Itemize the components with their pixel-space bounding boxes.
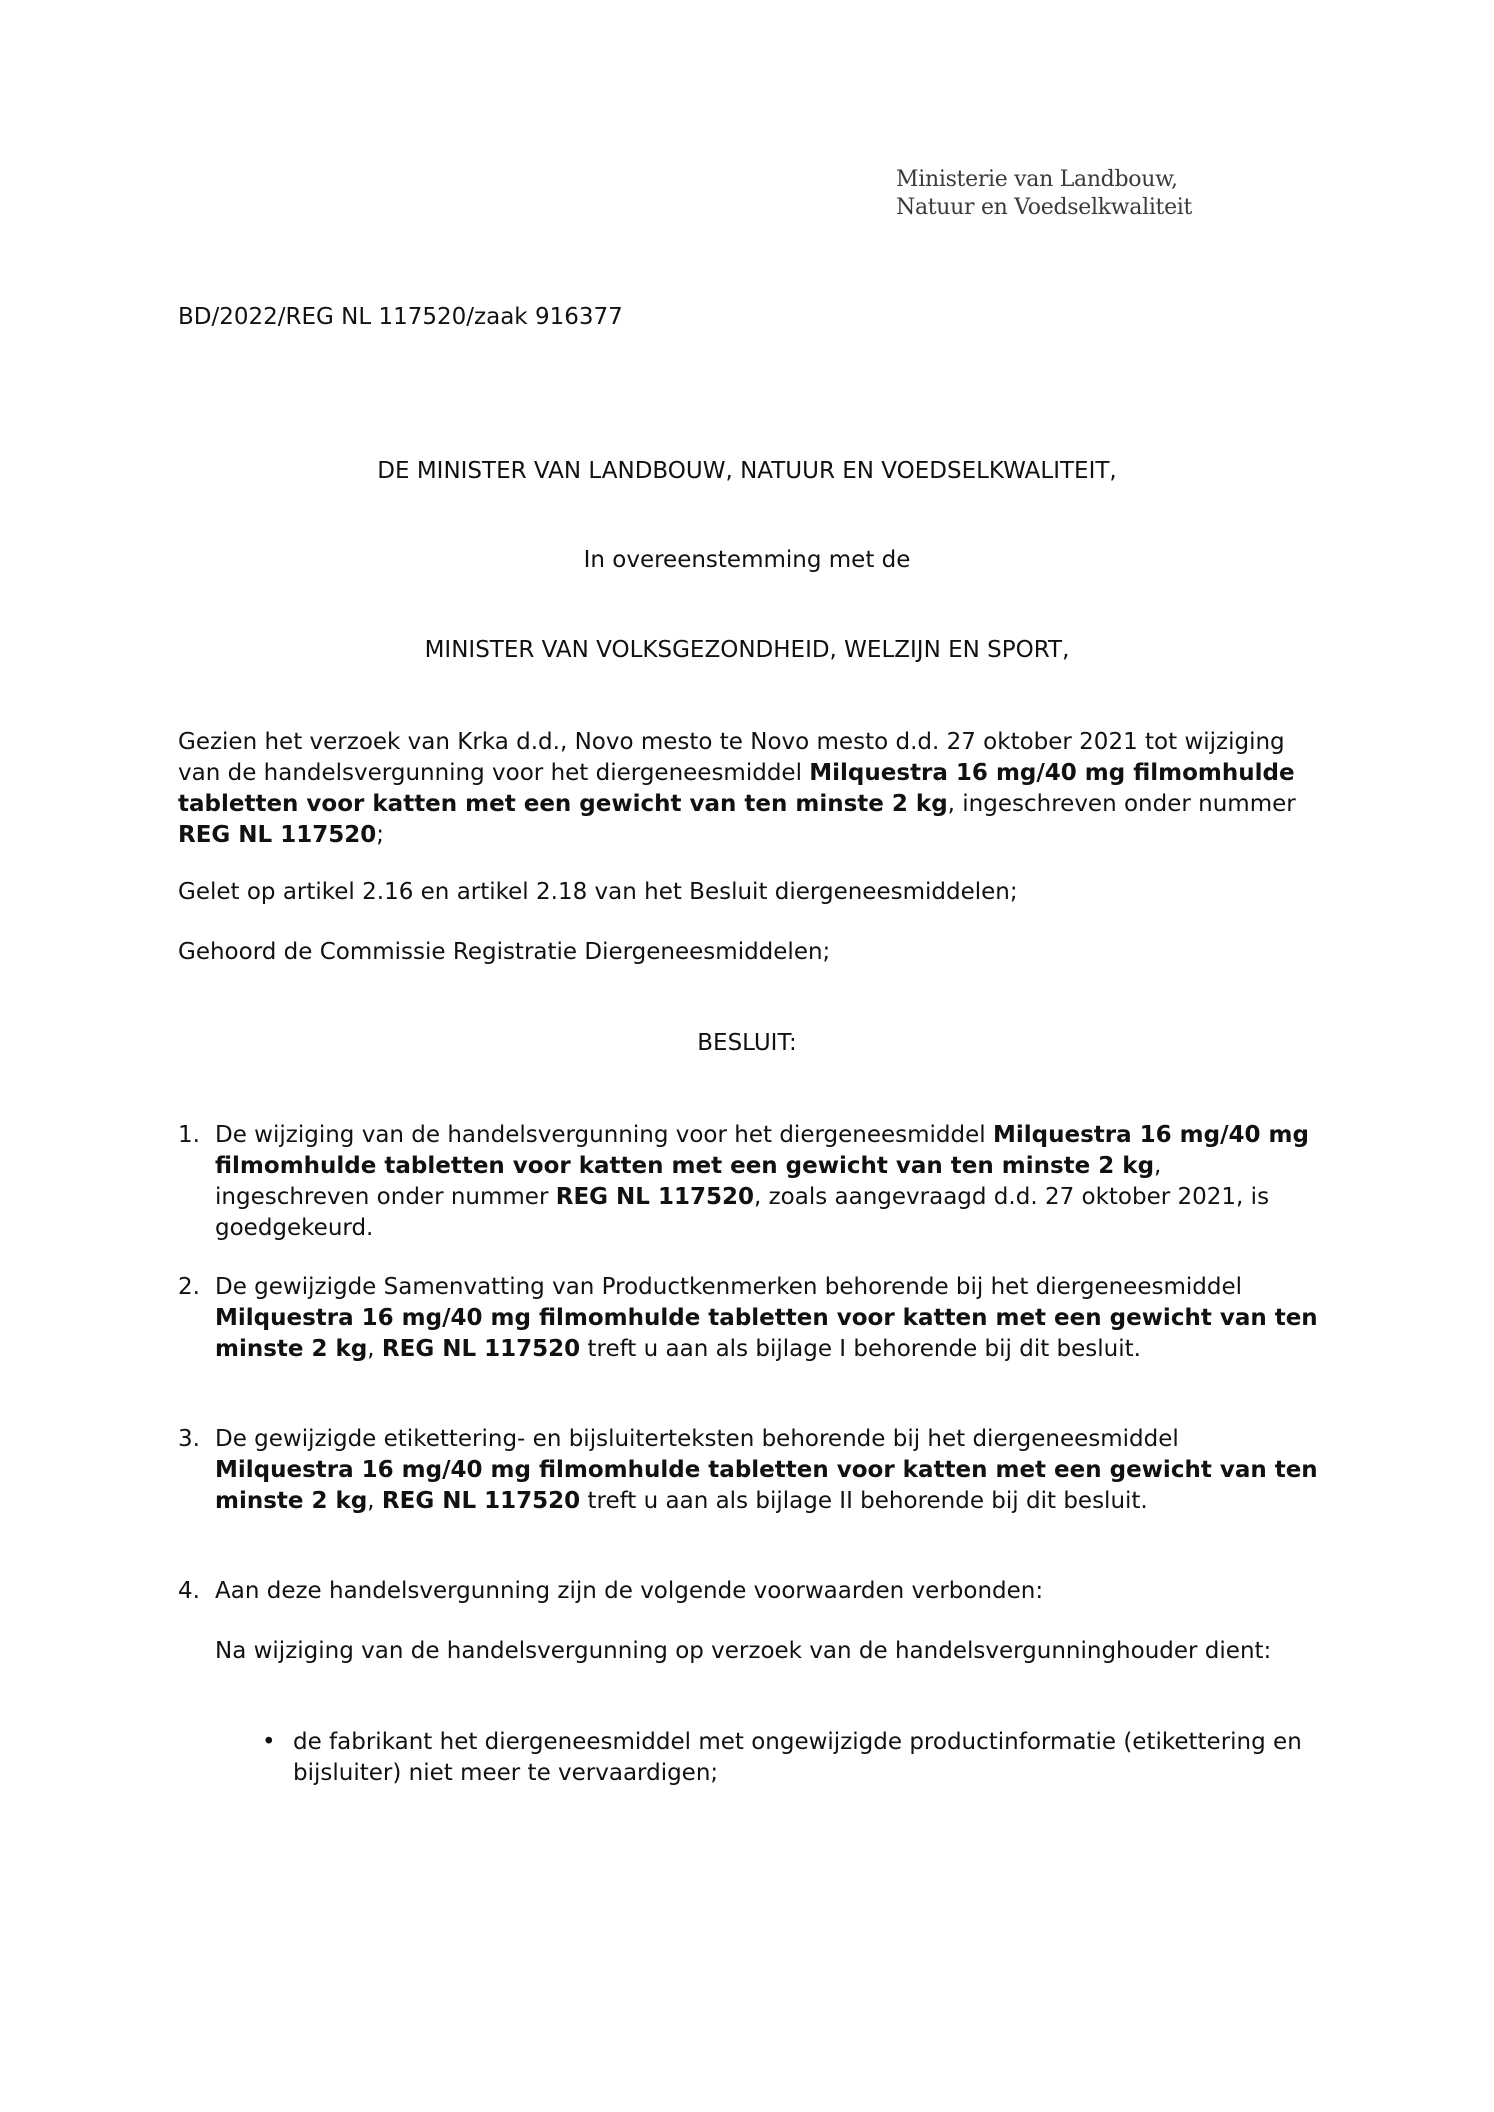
decision-item-3: 3. De gewijzigde etikettering- en bijslu…: [178, 1424, 1318, 1517]
decision-list-2: 2. De gewijzigde Samenvatting van Produc…: [178, 1272, 1318, 1365]
heading-minister-vws: MINISTER VAN VOLKSGEZONDHEID, WELZIJN EN…: [0, 635, 1494, 666]
decision-item-2: 2. De gewijzigde Samenvatting van Produc…: [178, 1272, 1318, 1365]
logo-line-1: Ministerie van Landbouw,: [896, 166, 1192, 194]
condition-bullet-1: • de fabrikant het diergeneesmiddel met …: [178, 1727, 1318, 1789]
condition-intro: Na wijziging van de handelsvergunning op…: [178, 1636, 1318, 1667]
consideration-gezien: Gezien het verzoek van Krka d.d., Novo m…: [178, 727, 1318, 851]
registration-number: REG NL 117520: [556, 1184, 754, 1210]
reference-number: BD/2022/REG NL 117520/zaak 916377: [178, 302, 623, 333]
heading-agreement: In overeenstemming met de: [0, 545, 1494, 576]
decision-item-4: 4. Aan deze handelsvergunning zijn de vo…: [178, 1576, 1318, 1607]
registration-number: REG NL 117520: [382, 1488, 580, 1514]
registration-number: REG NL 117520: [178, 822, 376, 848]
consideration-gelet: Gelet op artikel 2.16 en artikel 2.18 va…: [178, 877, 1318, 908]
item-number: 4.: [178, 1576, 200, 1607]
item-number: 2.: [178, 1272, 200, 1303]
logo-line-2: Natuur en Voedselkwaliteit: [896, 194, 1192, 222]
condition-bullets: • de fabrikant het diergeneesmiddel met …: [178, 1727, 1318, 1789]
decision-item-1: 1. De wijziging van de handelsvergunning…: [178, 1120, 1318, 1244]
decision-list-3: 3. De gewijzigde etikettering- en bijslu…: [178, 1424, 1318, 1517]
item-number: 3.: [178, 1424, 200, 1455]
ministry-logo: Ministerie van Landbouw, Natuur en Voeds…: [896, 166, 1192, 222]
bullet-icon: •: [262, 1727, 276, 1758]
heading-besluit: BESLUIT:: [0, 1028, 1494, 1059]
decision-list-4: 4. Aan deze handelsvergunning zijn de vo…: [178, 1576, 1318, 1607]
item-number: 1.: [178, 1120, 200, 1151]
registration-number: REG NL 117520: [382, 1336, 580, 1362]
heading-minister-lnv: DE MINISTER VAN LANDBOUW, NATUUR EN VOED…: [0, 456, 1494, 487]
consideration-gehoord: Gehoord de Commissie Registratie Diergen…: [178, 937, 1318, 968]
decision-list: 1. De wijziging van de handelsvergunning…: [178, 1120, 1318, 1244]
